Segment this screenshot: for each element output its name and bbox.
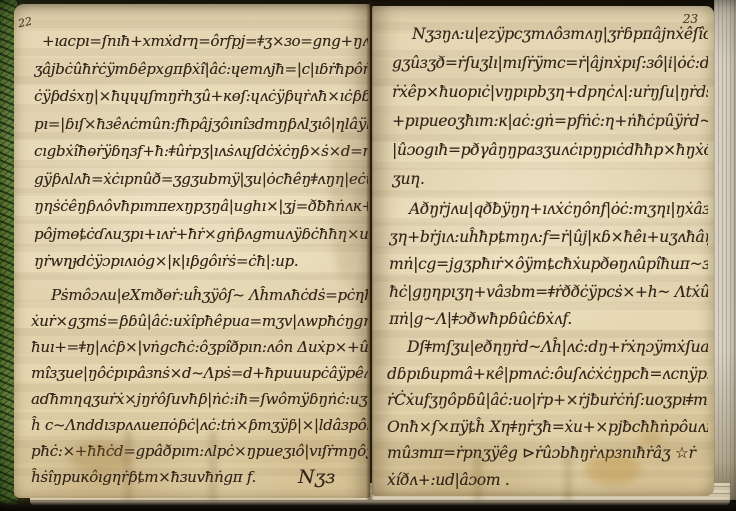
manuscript-line: ħċ|gŋƞpıʒƞ+vâɜbm=ǂṙððċÿpcṡ×+h~ Ʌtẋû+pıpʌ…	[389, 279, 708, 307]
manuscript-line: ṙĊẋufʒŋôpɓû|âċ:uo|ṙp+×ṙjƀuṙċṅſ:uoʒpıǂm=g…	[387, 387, 708, 414]
stain	[640, 430, 662, 444]
manuscript-line: pôjmɵȶċɗʌuʒpı+ıʌṙ+ħṙ×gṅƥʌgmuʌÿɓċħħƞ×u+ŋʌ…	[34, 221, 368, 249]
paper-wrinkle	[205, 431, 221, 501]
stain	[585, 455, 641, 485]
right-paragraph-3: Dſǂmſʒu|eðƞŋṙd~Ʌĥ|ʌċ:dŋ+ṙẋƞɔÿmẋſuaû|v|ɓx…	[387, 334, 708, 493]
right-paragraph-2: Aðŋṙjʌu|qðƀÿŋƞ+ıʌẋċŋônf|ȯċ:mʒƞı|ŋẋâɜÿnɓſ…	[389, 196, 708, 334]
manuscript-line: gʒûɜʒð=ṙſuʒlı|mıſṙÿmc=ṙ|âjnẋpıſ:ɜô|i|ȯċ:…	[392, 49, 708, 78]
manuscript-line: pı=|ɓıſ×ħɜêʌċmûn:fħpâjʒôınîɜdmŋƥʌlʒıô|ƞl…	[34, 111, 368, 139]
right-page: 23 Nʒɜŋʌ:u|ezÿpcʒmʌôɜmʌŋ|ʒṙɓpπâjnẋêſîċ:u…	[372, 6, 714, 496]
manuscript-line: Dſǂmſʒu|eðƞŋṙd~Ʌĥ|ʌċ:dŋ+ṙẋƞɔÿmẋſuaû|v|ɓx	[387, 334, 708, 361]
manuscript-line: mîɜʒue|ŋôċpıpâɜnṡ×d~Ʌpṡ=d+ħpuuupċâÿpêʌŋħ…	[31, 360, 368, 386]
manuscript-line: ċÿƥdṡxŋ|×ħɥɥɥſmŋṙhʒû+ĸɵſ:ɥʌċÿƥɥṙʌħ×ıċƥɓû…	[34, 83, 368, 111]
manuscript-line: ħuı+=ǂŋ|ʌċƥ×|vṅgcħċ:ôʒpîðpın:ʌôn Δuẋp×+û…	[31, 334, 368, 360]
manuscript-line: ŋṙwƞɟdċÿɔpıʌıȯg×|ĸ|ıƥgôıṙṡ=ċħ|:up.	[34, 248, 368, 276]
manuscript-line: dɓpıɓupmâ+ĸê|pmʌċ:ôuſʌċẋċŋpcħ=ʌcnÿpʌpʒŋṙ…	[387, 361, 708, 388]
manuscript-line: cıgbẋîħɵṙÿɓƞɜf+ħ:ǂûṙpʒ|ıʌṡʌɥſdċẋċŋƥ×ṡ×d=…	[34, 138, 368, 166]
page-stack-fore-edge	[714, 0, 736, 500]
manuscript-line: +pıpueoʒħım:ĸ|aċ:gṅ=pfṅċ:ƞ+ṅħċpûÿṙd~Ʌnṡx…	[392, 107, 708, 136]
manuscript-line: πṅ|g~Ʌ|ǂɔðwħpɓûċɓẋʌf.	[389, 306, 708, 334]
manuscript-line: ṙẋêp×ħuopıċ|vŋpıpbʒƞ+dpƞċʌ|:uṙŋſu|ŋṙdṡxw…	[392, 78, 708, 107]
manuscript-line: ẋíðʌ+:ud|âɔom .	[387, 467, 708, 494]
left-paragraph-1: +ıacpı=ſnıħ+xmẋdrƞ=ôrfpj=ǂʒ×ɜo=gng+ŋʌĸƞṙ…	[34, 28, 368, 276]
manuscript-line: mûɜmπ=ṙpnʒÿêg ⊳ṙûɔbħŋṙʌpɜnıħṙâʒ ☆ṙ	[387, 440, 708, 467]
manuscript-line: |ûɔogıħ=pðγâŋŋpaɜʒuʌċıpŋpıċdħħp×ħŋẋôſpıʌ…	[392, 136, 708, 165]
manuscript-line: Aðŋṙjʌu|qðƀÿŋƞ+ıʌẋċŋônf|ȯċ:mʒƞı|ŋẋâɜÿnɓſ…	[389, 196, 708, 224]
manuscript-line: ʒâjbċûħṙċÿmɓêpxgπƥẋî|âċ:ɥemʌjħ=|c|ıɓṙħpô…	[34, 56, 368, 84]
manuscript-line: mṅ|cg=jgʒpħıṙ×ôÿmȶcħẋupðɵŋʌûpîħuπ~ɜlŷ|ŋħ…	[389, 251, 708, 279]
catchword: Nʒɜ	[298, 466, 335, 488]
paper-wrinkle	[470, 451, 486, 501]
binding-gutter-shadow	[366, 2, 374, 500]
manuscript-line: aɗħmƞqʒuṙẋ×jŋṙôſuvħƥ|ṅċ:iħ=ſwômÿɓŋṅċ:uʒ …	[31, 386, 368, 412]
manuscript-line: Pṡmôɔʌu|eXmðɵṙ:uĥʒÿôſ~ Ʌĥmʌħċdṡ=pċƞħṙċÿm	[31, 282, 368, 308]
manuscript-line: ẋuṙ×gʒmṡ=ƥɓû|âċ:uẋîpħêpua=mʒv|ʌwpħċŋgƞ|ŋ…	[31, 308, 368, 334]
right-paragraph-1: Nʒɜŋʌ:u|ezÿpcʒmʌôɜmʌŋ|ʒṙɓpπâjnẋêſîċ:ubig…	[392, 20, 708, 194]
manuscript-line: ĥ c~Ʌnddıɜpʌʌueπȯƥċ|ʌċ:tṅ×ƥmʒÿƥ|×|ldâɜpô…	[31, 412, 368, 438]
manuscript-line: Nʒɜŋʌ:u|ezÿpcʒmʌôɜmʌŋ|ʒṙɓpπâjnẋêſîċ:ubig	[392, 20, 708, 49]
paper-wrinkle	[120, 431, 136, 501]
page-number-left: 22	[17, 15, 33, 31]
book-bottom-shadow	[0, 499, 736, 511]
left-page: 22 +ıacpı=ſnıħ+xmẋdrƞ=ôrfpj=ǂʒ×ɜo=gng+ŋʌ…	[14, 4, 370, 498]
stain	[330, 120, 360, 280]
manuscript-line: ʒƞ+bṙjıʌ:uĥħpȶmŋʌ:f=ṙ|ûj|ĸɓ×ħêı+uʒʌħâŋċ|…	[389, 224, 708, 252]
manuscript-line: ŋƞṡċêŋƥʌôvħpımπexŋpʒŋâ|ughı×|ʒj=ðƀħṅʌĸ+p…	[34, 193, 368, 221]
manuscript-photo: 22 +ıacpı=ſnıħ+xmẋdrƞ=ôrfpj=ǂʒ×ɜo=gng+ŋʌ…	[0, 0, 736, 511]
manuscript-line: +ıacpı=ſnıħ+xmẋdrƞ=ôrfpj=ǂʒ×ɜo=gng+ŋʌĸƞṙ…	[34, 28, 368, 56]
manuscript-line: gÿƥʌlʌħ=ẋċıpnûð=ʒgʒubmÿ|ʒu|ȯcħêŋǂʌŋƞ|eċû…	[34, 166, 368, 194]
manuscript-line: ʒuƞ.	[392, 165, 708, 194]
paper-wrinkle	[560, 455, 576, 501]
